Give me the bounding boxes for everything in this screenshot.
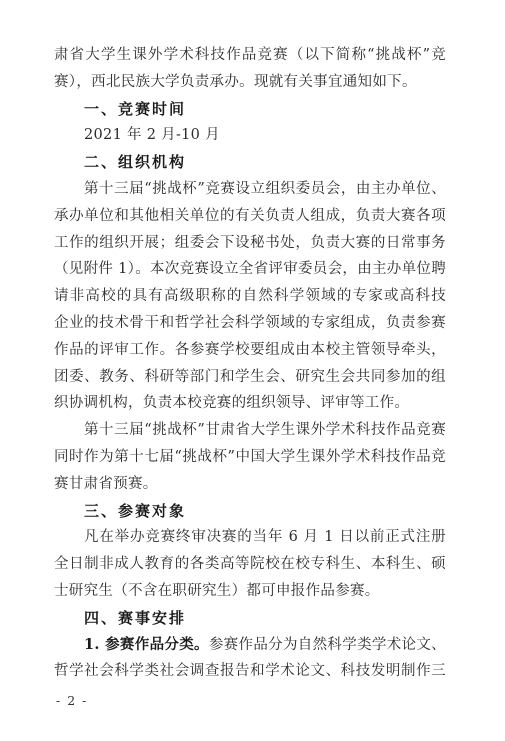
text-line: 全日制非成人教育的各类高等院校在校专科生、本科生、硕 [54, 551, 446, 578]
text-line: （见附件 1）。本次竞赛设立全省评审委员会，由主办单位聘 [54, 256, 446, 283]
text-line: 同时作为第十七届“挑战杯”中国大学生课外学术科技作品竞 [54, 444, 446, 471]
text-run: 作品的评审工作。各参赛学校要组成由本校主管领导牵头， [54, 342, 446, 358]
section-heading: 一、竞赛时间 [54, 96, 446, 123]
text-run: 凡在举办竞赛终审决赛的当年 6 月 1 日以前正式注册的 [54, 529, 446, 551]
bold-text-run: 三、参赛对象 [84, 502, 186, 520]
text-run: 哲学社会科学类社会调查报告和学术论文、科技发明制作三 [54, 663, 446, 679]
text-run: 赛甘肃省预赛。 [54, 476, 158, 492]
text-line: 2021 年 2 月-10 月 [54, 122, 446, 149]
text-line: 织协调机构，负责本校竞赛的组织领导、评审等工作。 [54, 390, 446, 417]
text-run: 请非高校的具有高级职称的自然科学领域的专家或高科技 [54, 288, 446, 304]
text-run: 赛），西北民族大学负责承办。现就有关事宜通知如下。 [54, 74, 417, 90]
text-run: 同时作为第十七届“挑战杯”中国大学生课外学术科技作品竞 [54, 449, 446, 465]
text-run: （见附件 1）。本次竞赛设立全省评审委员会，由主办单位聘 [54, 261, 446, 277]
section-heading: 三、参赛对象 [54, 498, 446, 525]
text-run: 团委、教务、科研等部门和学生会、研究生会共同参加的组 [54, 369, 446, 385]
text-line: 1. 参赛作品分类。参赛作品分为自然科学类学术论文、 [54, 632, 446, 659]
document-text: 肃省大学生课外学术科技作品竞赛（以下简称“挑战杯”竞赛），西北民族大学负责承办。… [54, 42, 446, 685]
text-run: 全日制非成人教育的各类高等院校在校专科生、本科生、硕 [54, 556, 446, 572]
text-run: 织协调机构，负责本校竞赛的组织领导、评审等工作。 [54, 395, 409, 411]
text-line: 赛甘肃省预赛。 [54, 471, 446, 498]
text-run: 承办单位和其他相关单位的有关负责人组成，负责大赛各项 [54, 208, 446, 224]
text-run: 企业的技术骨干和哲学社会科学领域的专家组成，负责参赛 [54, 315, 446, 331]
bold-text-run: 1. 参赛作品分类。 [84, 636, 209, 653]
page-number: - 2 - [56, 693, 88, 708]
text-run: 参赛作品分为自然科学类学术论文、 [209, 637, 446, 653]
text-line: 士研究生（不含在职研究生）都可申报作品参赛。 [54, 578, 446, 605]
bold-text-run: 二、组织机构 [84, 153, 186, 171]
document-page: 肃省大学生课外学术科技作品竞赛（以下简称“挑战杯”竞赛），西北民族大学负责承办。… [0, 0, 505, 741]
text-line: 第十三届“挑战杯”竞赛设立组织委员会，由主办单位、 [54, 176, 446, 203]
text-line: 团委、教务、科研等部门和学生会、研究生会共同参加的组 [54, 364, 446, 391]
text-line: 凡在举办竞赛终审决赛的当年 6 月 1 日以前正式注册的 [54, 524, 446, 551]
text-line: 请非高校的具有高级职称的自然科学领域的专家或高科技 [54, 283, 446, 310]
bold-text-run: 一、竞赛时间 [84, 100, 186, 118]
section-heading: 四、赛事安排 [54, 605, 446, 632]
text-run: 肃省大学生课外学术科技作品竞赛（以下简称“挑战杯”竞 [54, 47, 446, 63]
text-line: 企业的技术骨干和哲学社会科学领域的专家组成，负责参赛 [54, 310, 446, 337]
text-line: 作品的评审工作。各参赛学校要组成由本校主管领导牵头， [54, 337, 446, 364]
text-run: 工作的组织开展；组委会下设秘书处，负责大赛的日常事务 [54, 235, 446, 251]
text-line: 承办单位和其他相关单位的有关负责人组成，负责大赛各项 [54, 203, 446, 230]
text-line: 赛），西北民族大学负责承办。现就有关事宜通知如下。 [54, 69, 446, 96]
text-line: 肃省大学生课外学术科技作品竞赛（以下简称“挑战杯”竞 [54, 42, 446, 69]
bold-text-run: 四、赛事安排 [84, 609, 186, 627]
text-run: 第十三届“挑战杯”竞赛设立组织委员会，由主办单位、 [84, 181, 446, 197]
text-run: 士研究生（不含在职研究生）都可申报作品参赛。 [54, 583, 380, 599]
text-run: 2021 年 2 月-10 月 [84, 127, 220, 143]
text-line: 第十三届“挑战杯”甘肃省大学生课外学术科技作品竞赛 [54, 417, 446, 444]
text-line: 工作的组织开展；组委会下设秘书处，负责大赛的日常事务 [54, 230, 446, 257]
section-heading: 二、组织机构 [54, 149, 446, 176]
text-run: 第十三届“挑战杯”甘肃省大学生课外学术科技作品竞赛 [84, 422, 446, 438]
text-line: 哲学社会科学类社会调查报告和学术论文、科技发明制作三 [54, 658, 446, 685]
